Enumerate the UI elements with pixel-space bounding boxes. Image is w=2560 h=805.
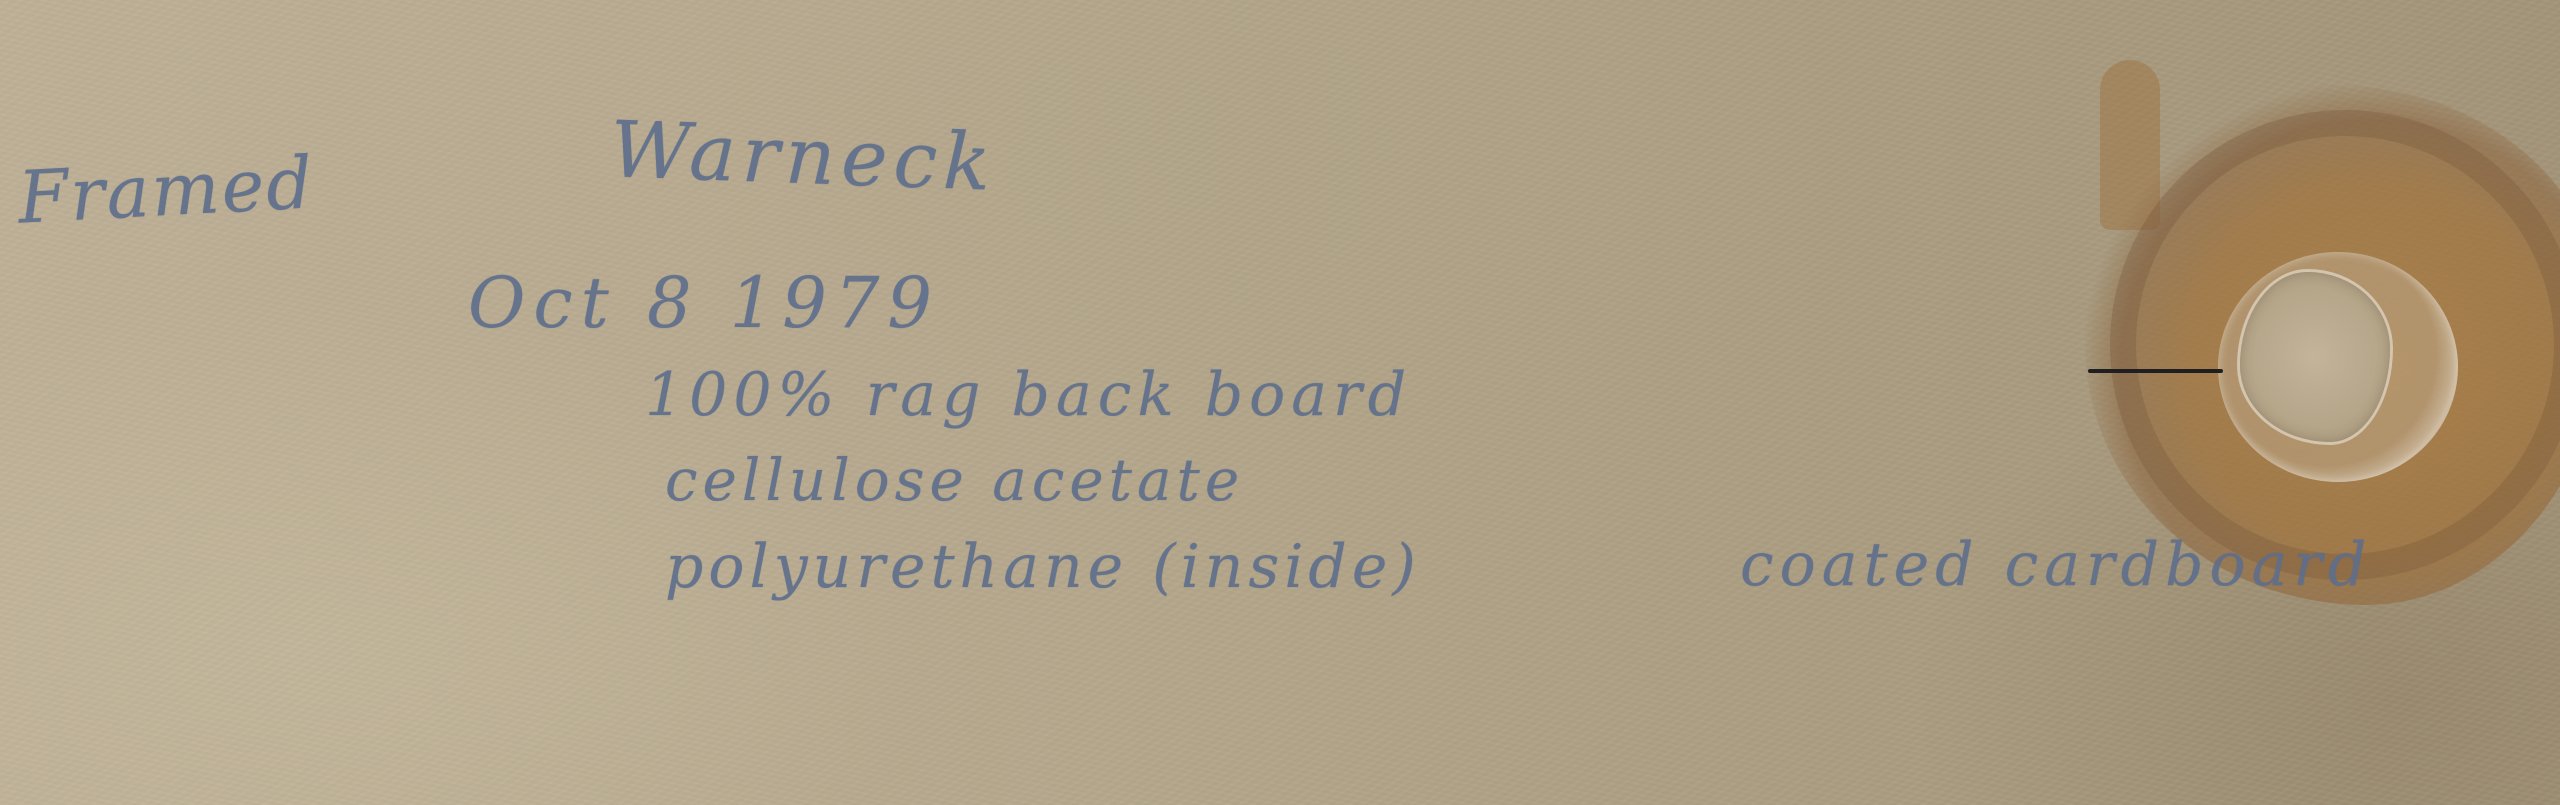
note-artist-name: Warneck (609, 105, 998, 208)
note-polyurethane: polyurethane (inside) (665, 532, 1421, 602)
note-framed: Framed (16, 140, 316, 239)
torn-hole (2240, 272, 2390, 442)
note-cellulose-acetate: cellulose acetate (665, 446, 1244, 514)
hanging-wire (2088, 369, 2223, 373)
note-date: Oct 8 1979 (468, 262, 940, 344)
backing-board: Framed Warneck Oct 8 1979 100% rag back … (0, 0, 2560, 805)
note-back-board: 100% rag back board (645, 360, 1412, 430)
note-coated-cardboard: coated cardboard (1740, 530, 2372, 600)
